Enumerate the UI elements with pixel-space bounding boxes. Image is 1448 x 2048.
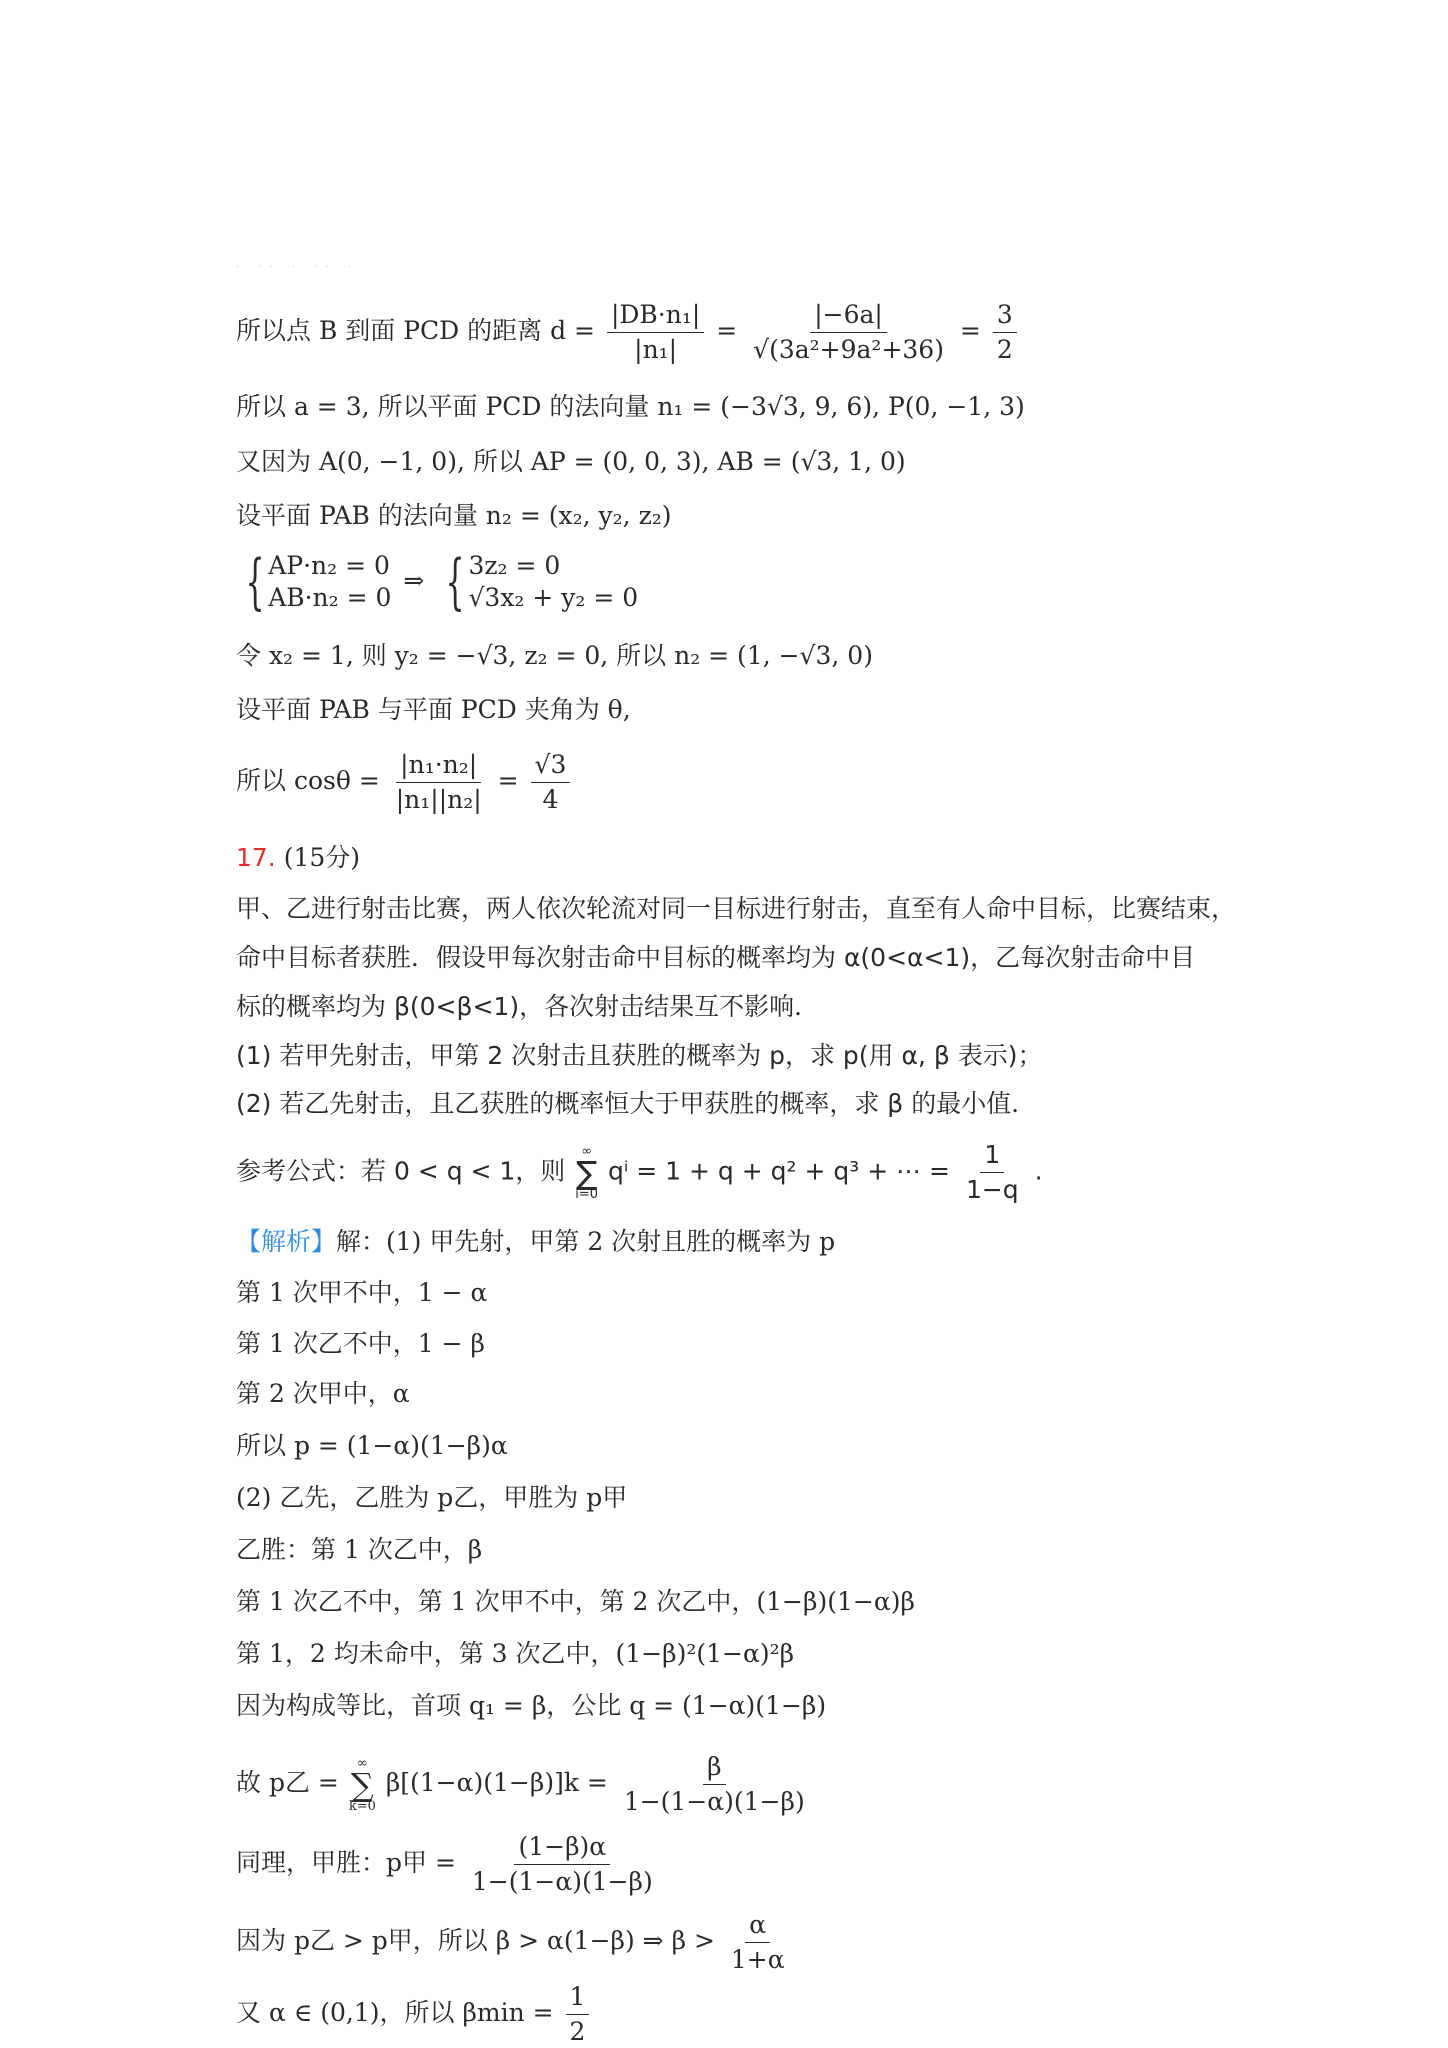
reference-formula: 参考公式：若 0 < q < 1，则 ∞ ∑ i=0 qⁱ = 1 + q + … (236, 1140, 1043, 1205)
distance-prefix: 所以点 B 到面 PCD 的距离 d = (236, 316, 595, 345)
angle-theta-line: 设平面 PAB 与平面 PCD 夹角为 θ, (236, 694, 631, 726)
solution-step: 第 1，2 均未命中，第 3 次乙中，(1−β)²(1−α)²β (236, 1638, 794, 1670)
left-brace-icon: { (246, 552, 265, 612)
solution-step: 乙胜：第 1 次乙中，β (236, 1534, 482, 1566)
faded-header-marks: · ·· · ·· · (236, 262, 359, 273)
question-header: 17. (15分) (236, 842, 360, 874)
distance-result: 3 2 (993, 300, 1017, 365)
solution-step: 第 1 次甲不中，1 − α (236, 1277, 487, 1309)
question-stem-line-1: 甲、乙进行射击比赛，两人依次轮流对同一目标进行射击，直至有人命中目标，比赛结束， (236, 893, 1236, 925)
distance-formula-line: 所以点 B 到面 PCD 的距离 d = |DB·n₁| |n₁| = |−6a… (236, 300, 1021, 365)
cos-theta-line: 所以 cosθ = |n₁·n₂| |n₁||n₂| = √3 4 (236, 750, 574, 815)
solution-step: 因为构成等比，首项 q₁ = β，公比 q = (1−α)(1−β) (236, 1690, 826, 1722)
let-x2-line: 令 x₂ = 1, 则 y₂ = −√3, z₂ = 0, 所以 n₂ = (1… (236, 640, 873, 672)
compare-inequality: 因为 p乙 > p甲，所以 β > α(1−β) ⇒ β > α 1+α (236, 1910, 793, 1975)
p-yi-formula: 故 p乙 = ∞ ∑ k=0 β[(1−α)(1−β)]k = β 1−(1−α… (236, 1752, 813, 1817)
implies-arrow: ⇒ (403, 566, 424, 595)
equation-system: { AP·n₂ = 0 AB·n₂ = 0 ⇒ { 3z₂ = 0 √3x₂ +… (236, 550, 638, 614)
distance-fraction-2: |−6a| √(3a²+9a²+36) (749, 300, 948, 365)
normal-vector-n1-line: 所以 a = 3, 所以平面 PCD 的法向量 n₁ = (−3√3, 9, 6… (236, 391, 1025, 423)
distance-fraction-1: |DB·n₁| |n₁| (607, 300, 704, 365)
normal-vector-n2-line: 设平面 PAB 的法向量 n₂ = (x₂, y₂, z₂) (236, 500, 672, 532)
solution-intro: 【解析】解：(1) 甲先射，甲第 2 次射且胜的概率为 p (236, 1226, 835, 1258)
left-brace-icon: { (446, 552, 465, 612)
p-jia-formula: 同理，甲胜：p甲 = (1−β)α 1−(1−α)(1−β) (236, 1832, 661, 1897)
question-number: 17. (236, 843, 276, 872)
final-answer: 又 α ∈ (0,1)，所以 βmin = 1 2 (236, 1982, 593, 2047)
summation-symbol: ∞ ∑ k=0 (349, 1757, 376, 1813)
vectors-ap-ab-line: 又因为 A(0, −1, 0), 所以 AP = (0, 0, 3), AB =… (236, 446, 906, 478)
document-page: · ·· · ·· · 所以点 B 到面 PCD 的距离 d = |DB·n₁|… (0, 0, 1448, 2048)
solution-step: 所以 p = (1−α)(1−β)α (236, 1430, 508, 1462)
question-stem-line-3: 标的概率均为 β(0<β<1)，各次射击结果互不影响． (236, 991, 819, 1023)
solution-step: 第 2 次甲中，α (236, 1378, 410, 1410)
solution-step: 第 1 次乙不中，1 − β (236, 1328, 485, 1360)
question-points: (15分) (284, 843, 360, 872)
question-stem-line-2: 命中目标者获胜．假设甲每次射击命中目标的概率均为 α(0<α<1)，乙每次射击命… (236, 942, 1195, 974)
solution-part2-intro: (2) 乙先，乙胜为 p乙，甲胜为 p甲 (236, 1482, 627, 1514)
question-part-2: (2) 若乙先射击，且乙获胜的概率恒大于甲获胜的概率，求 β 的最小值． (236, 1088, 1036, 1120)
summation-symbol: ∞ ∑ i=0 (575, 1145, 598, 1201)
analysis-tag: 【解析】 (236, 1227, 336, 1256)
solution-step: 第 1 次乙不中，第 1 次甲不中，第 2 次乙中，(1−β)(1−α)β (236, 1586, 915, 1618)
question-part-1: (1) 若甲先射击，甲第 2 次射击且获胜的概率为 p，求 p(用 α, β 表… (236, 1040, 1043, 1072)
